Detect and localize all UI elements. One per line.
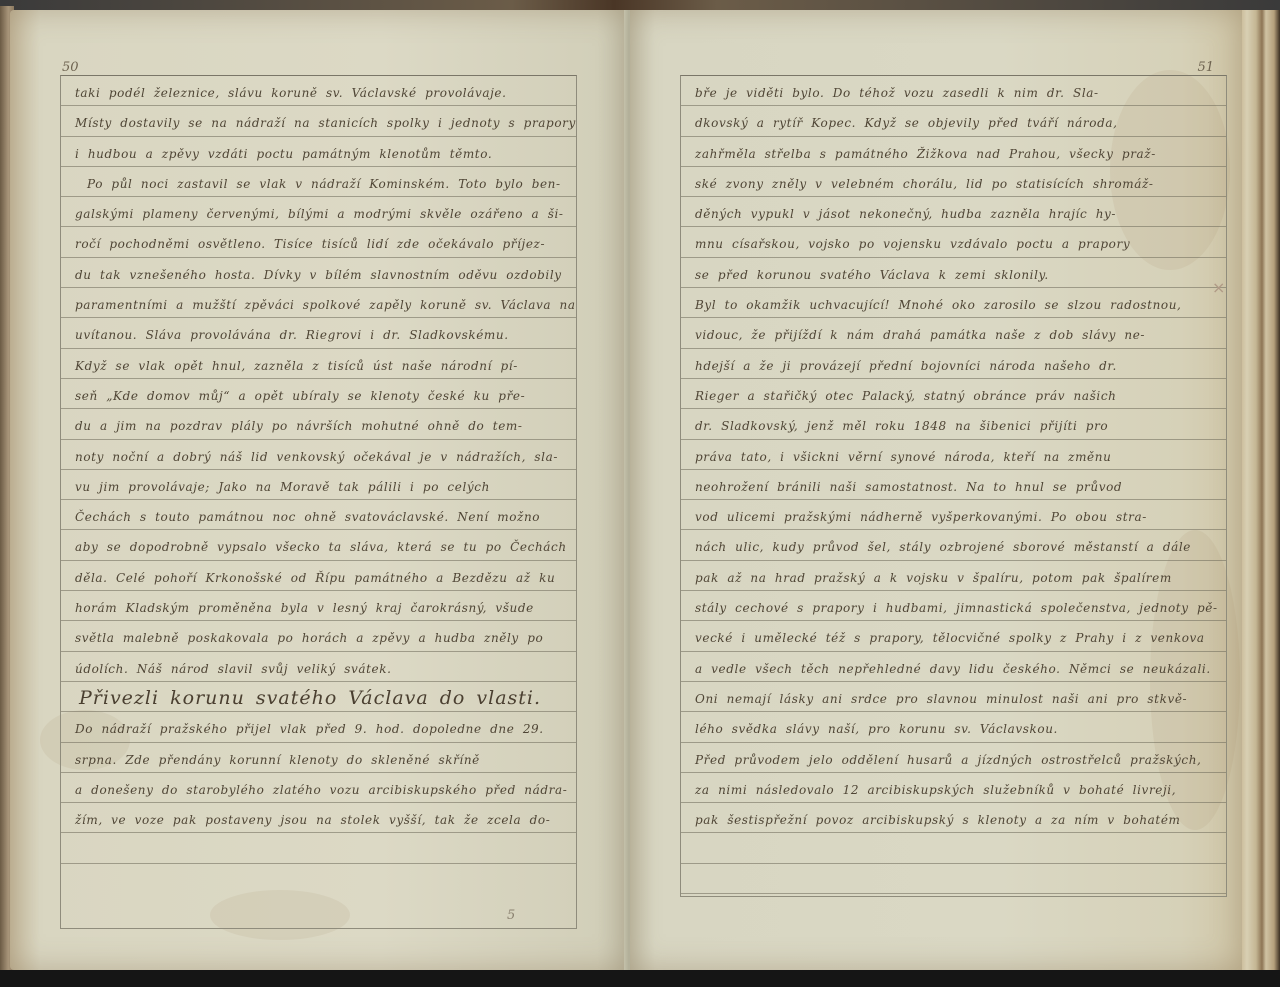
text-line: seň „Kde domov můj“ a opět ubíraly se kl… [61,379,576,409]
text-line: neohrožení bránili naši samostatnost. Na… [681,470,1226,500]
book-fore-edge [1242,10,1280,970]
right-page-ruled-frame: bře je viděti bylo. Do téhož vozu zasedl… [680,75,1227,897]
text-line: za nimi následovalo 12 arcibiskupských s… [681,773,1226,803]
right-page-text: bře je viděti bylo. Do téhož vozu zasedl… [681,76,1226,894]
left-page: 50 taki podél železnice, slávu koruně sv… [10,10,628,970]
text-line: dr. Sladkovský, jenž měl roku 1848 na ši… [681,409,1226,439]
text-line: mnu císařskou, vojsko po vojensku vzdáva… [681,227,1226,257]
text-line: se před korunou svatého Václava k zemi s… [681,258,1226,288]
left-page-ruled-frame: taki podél železnice, slávu koruně sv. V… [60,75,577,929]
text-line: galskými plameny červenými, bílými a mod… [61,197,576,227]
text-line: nách ulic, kudy průvod šel, stály ozbroj… [681,530,1226,560]
text-line: Rieger a stařičký otec Palacký, statný o… [681,379,1226,409]
margin-cross-mark: × [1212,278,1225,297]
text-line: Oni nemají lásky ani srdce pro slavnou m… [681,682,1226,712]
text-line: du a jim na pozdrav plály po návrších mo… [61,409,576,439]
text-line: i hudbou a zpěvy vzdáti poctu památným k… [61,137,576,167]
text-line: bře je viděti bylo. Do téhož vozu zasedl… [681,76,1226,106]
text-line: Čechách s touto památnou noc ohně svatov… [61,500,576,530]
text-line: lého svědka slávy naší, pro korunu sv. V… [681,712,1226,742]
text-line: ročí pochodněmi osvětleno. Tisíce tisíců… [61,227,576,257]
text-line: pak až na hrad pražský a k vojsku v špal… [681,561,1226,591]
text-line: práva tato, i všickni věrní synové národ… [681,440,1226,470]
blank-ruled-line [681,833,1226,863]
text-line: stály cechové s prapory i hudbami, jimna… [681,591,1226,621]
text-line: srpna. Zde přendány korunní klenoty do s… [61,743,576,773]
text-line: vu jim provolávaje; Jako na Moravě tak p… [61,470,576,500]
open-book: 50 taki podél železnice, slávu koruně sv… [0,0,1280,987]
text-line: vecké i umělecké též s prapory, tělocvič… [681,621,1226,651]
text-line: Po půl noci zastavil se vlak v nádraží K… [61,167,576,197]
blank-ruled-line [681,864,1226,894]
left-page-text: taki podél železnice, slávu koruně sv. V… [61,76,576,864]
text-line: Místy dostavily se na nádraží na stanicí… [61,106,576,136]
text-line: dkovský a rytíř Kopec. Když se objevily … [681,106,1226,136]
text-line: hdejší a že ji provázejí přední bojovníc… [681,349,1226,379]
text-line: uvítanou. Sláva provolávána dr. Riegrovi… [61,318,576,348]
text-line: údolích. Náš národ slavil svůj veliký sv… [61,652,576,682]
text-line: du tak vznešeného hosta. Dívky v bílém s… [61,258,576,288]
text-line: zahřměla střelba s památného Žižkova nad… [681,137,1226,167]
text-line: Když se vlak opět hnul, zazněla z tisíců… [61,349,576,379]
text-line: a vedle všech těch nepřehledné davy lidu… [681,652,1226,682]
background-bottom [0,970,1280,987]
text-line: děla. Celé pohoří Krkonošské od Řípu pam… [61,561,576,591]
text-line: žím, ve voze pak postaveny jsou na stole… [61,803,576,833]
right-page: 51 bře je viděti bylo. Do téhož vozu zas… [630,10,1242,970]
text-line: světla malebně poskakovala po horách a z… [61,621,576,651]
folio-mark: 5 [507,908,515,923]
text-line: paramentními a mužští zpěváci spolkové z… [61,288,576,318]
text-line: horám Kladským proměněna byla v lesný kr… [61,591,576,621]
text-line: vod ulicemi pražskými nádherně vyšperkov… [681,500,1226,530]
page-number-right: 51 [1197,60,1214,75]
text-line: aby se dopodrobně vypsalo všecko ta sláv… [61,530,576,560]
text-line: Do nádraží pražského přijel vlak před 9.… [61,712,576,742]
text-line: vidouc, že přijíždí k nám drahá památka … [681,318,1226,348]
text-line: a donešeny do starobylého zlatého vozu a… [61,773,576,803]
page-number-left: 50 [62,60,79,75]
section-heading: Přivezli korunu svatého Václava do vlast… [61,682,576,712]
text-line: pak šestispřežní povoz arcibiskupský s k… [681,803,1226,833]
text-line: děných vypukl v jásot nekonečný, hudba z… [681,197,1226,227]
blank-ruled-line [61,833,576,863]
text-line: ské zvony zněly v velebném chorálu, lid … [681,167,1226,197]
text-line: noty noční a dobrý náš lid venkovský oče… [61,440,576,470]
text-line: Byl to okamžik uchvacující! Mnohé oko za… [681,288,1226,318]
text-line: taki podél železnice, slávu koruně sv. V… [61,76,576,106]
text-line: Před průvodem jelo oddělení husarů a jíz… [681,743,1226,773]
